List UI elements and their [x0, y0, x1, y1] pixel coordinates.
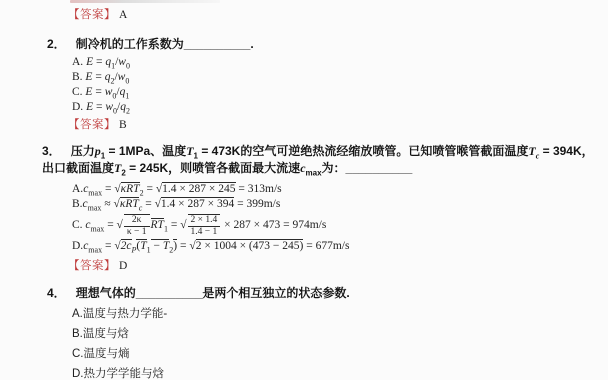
question-2-number: 2．: [47, 37, 66, 51]
question-2-stem: 2．制冷机的工作系数为__________.: [47, 37, 608, 52]
question-3-options: A.cmax = √κRT2 = √1.4 × 287 × 245 = 313m…: [72, 182, 608, 254]
subscript: max: [306, 168, 322, 177]
formula-part: C.: [72, 219, 85, 231]
option-row-q2-b: B. E = q2/w0: [72, 70, 608, 85]
option-row-q2-a: A. E = q1/w0: [72, 55, 608, 70]
formula-part: =: [93, 101, 105, 113]
answer-value: D: [119, 260, 127, 272]
option-row-q3-b: B.cmax ≈ √κRTc = √1.4 × 287 × 394 = 399m…: [72, 197, 608, 212]
formula-part: =: [92, 86, 104, 98]
fraction: 2 × 1.41.4 − 1: [188, 214, 221, 239]
question-4-text: 理想气体的__________是两个相互独立的状态参数.: [76, 286, 350, 300]
formula-part: −: [151, 239, 163, 252]
formula-part: = 313m/s: [236, 183, 282, 195]
formula-part: 为：__________: [322, 161, 413, 175]
question-4-stem: 4．理想气体的__________是两个相互独立的状态参数.: [47, 286, 608, 301]
formula-part: = √: [144, 183, 163, 195]
question-3-text: 压力p1 = 1MPa、温度T1 = 473K的空气可逆绝热流经缩放喷管。已知喷…: [42, 144, 594, 175]
formula-part: × 287 × 473 = 974m/s: [221, 219, 326, 231]
formula-part: = √: [177, 240, 196, 252]
formula-part: =: [92, 71, 104, 83]
formula-part: B.: [72, 198, 83, 210]
option-row-q4-c: C.温度与熵: [72, 344, 608, 364]
formula-part: D.: [72, 240, 83, 252]
formula-part: A.: [72, 56, 86, 68]
formula-part: κRT: [120, 197, 139, 210]
option-row-q4-d: D.热力学学能与焓: [72, 364, 608, 380]
question-2-text: 制冷机的工作系数为__________.: [76, 37, 254, 51]
formula-part: κRT: [121, 182, 140, 195]
formula-part: RT: [151, 218, 164, 231]
option-row-q3-d: D.cmax = √2cP(T1 − T2) = √2 × 1004 × (47…: [72, 239, 608, 254]
formula-part: = 1MPa、温度: [105, 144, 186, 158]
formula-part: D.: [72, 101, 86, 113]
subscript: max: [88, 245, 102, 254]
answer-value: B: [119, 119, 127, 131]
option-row-q3-c: C. cmax = √2κκ − 1RT1 = √2 × 1.41.4 − 1 …: [72, 212, 608, 239]
formula-part: T: [528, 144, 535, 158]
question-3-stem: 3．压力p1 = 1MPa、温度T1 = 473K的空气可逆绝热流经缩放喷管。已…: [42, 143, 594, 177]
question-3-number: 3．: [42, 144, 61, 158]
answer-row-q2: 【答案】B: [68, 118, 608, 132]
option-row-q4-b: B.温度与焓: [72, 324, 608, 344]
formula-part: = 245K，则喷管各截面最大流速: [126, 161, 300, 175]
answer-label: 【答案】: [68, 9, 116, 21]
answer-label: 【答案】: [68, 119, 116, 131]
option-row-q3-a: A.cmax = √κRT2 = √1.4 × 287 × 245 = 313m…: [72, 182, 608, 197]
subscript: max: [88, 203, 102, 212]
option-row-q2-d: D. E = w0/q2: [72, 100, 608, 115]
formula-part: B.: [72, 71, 85, 83]
fraction: 2κκ − 1: [124, 214, 150, 239]
formula-part: 压力: [71, 144, 95, 158]
formula-part: =: [93, 56, 105, 68]
question-2-options: A. E = q1/w0 B. E = q2/w0 C. E = w0/q1 D…: [72, 55, 608, 115]
formula-part: = 677m/s: [303, 240, 349, 252]
option-row-q2-c: C. E = w0/q1: [72, 85, 608, 100]
subscript: 1: [125, 91, 129, 100]
formula-part: = √: [102, 183, 121, 195]
formula-part: T: [186, 144, 193, 158]
option-row-q4-a: A.温度与热力学能-: [72, 304, 608, 324]
question-4-number: 4．: [47, 286, 66, 300]
answer-label: 【答案】: [68, 260, 116, 272]
formula-part: w: [105, 101, 113, 113]
formula-part: 2c: [121, 239, 132, 252]
formula-part: C.: [72, 86, 85, 98]
subscript: 0: [126, 61, 130, 70]
answer-row-q1: 【答案】A: [68, 8, 608, 22]
exam-document-page: 【答案】A 2．制冷机的工作系数为__________. A. E = q1/w…: [0, 0, 608, 380]
formula-part: w: [118, 56, 126, 68]
subscript: 0: [125, 76, 129, 85]
formula-part: A.: [72, 183, 83, 195]
formula-part: = 473K的空气可逆绝热流经缩放喷管。已知喷管喉管截面温度: [198, 144, 528, 158]
formula-part: = 399m/s: [234, 198, 280, 210]
answer-value: A: [119, 9, 127, 21]
cut-off-text-remnant: [70, 0, 220, 3]
formula-part: = √: [168, 219, 187, 231]
answer-row-q3: 【答案】D: [68, 259, 608, 273]
subscript: 2: [126, 106, 130, 115]
subscript: max: [91, 224, 105, 233]
formula-part: 1.4 × 287 × 394: [161, 197, 234, 210]
formula-part: = √: [102, 240, 121, 252]
subscript: max: [88, 188, 102, 197]
formula-part: 1.4 × 287 × 245: [162, 182, 235, 195]
formula-part: 2 × 1004 × (473 − 245): [196, 239, 304, 252]
formula-part: = √: [104, 219, 123, 231]
formula-part: ≈ √: [101, 198, 119, 210]
question-4-options: A.温度与热力学能- B.温度与焓 C.温度与熵 D.热力学学能与焓: [72, 304, 608, 380]
formula-part: = √: [142, 198, 161, 210]
